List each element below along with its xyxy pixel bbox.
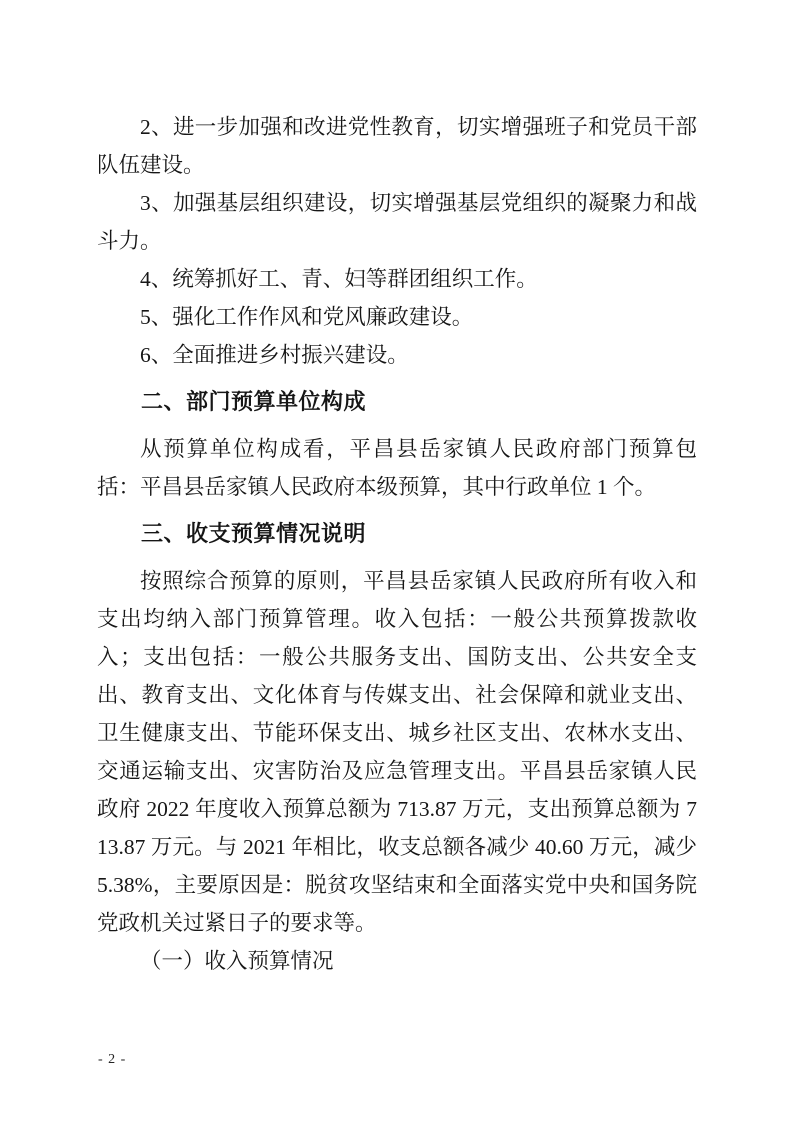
body-paragraph: 按照综合预算的原则，平昌县岳家镇人民政府所有收入和支出均纳入部门预算管理。收入包… <box>97 562 697 942</box>
document-body: 2、进一步加强和改进党性教育，切实增强班子和党员干部队伍建设。3、加强基层组织建… <box>97 108 697 980</box>
section-heading: 三、收支预算情况说明 <box>97 515 697 553</box>
body-paragraph: 3、加强基层组织建设，切实增强基层党组织的凝聚力和战斗力。 <box>97 184 697 260</box>
body-paragraph: 从预算单位构成看，平昌县岳家镇人民政府部门预算包括：平昌县岳家镇人民政府本级预算… <box>97 430 697 506</box>
body-paragraph: 4、统筹抓好工、青、妇等群团组织工作。 <box>97 260 697 298</box>
body-paragraph: 6、全面推进乡村振兴建设。 <box>97 336 697 374</box>
body-paragraph: 5、强化工作作风和党风廉政建设。 <box>97 298 697 336</box>
page-number: - 2 - <box>98 1051 126 1069</box>
sub-heading: （一）收入预算情况 <box>97 942 697 980</box>
section-heading: 二、部门预算单位构成 <box>97 383 697 421</box>
document-page: 2、进一步加强和改进党性教育，切实增强班子和党员干部队伍建设。3、加强基层组织建… <box>0 0 793 1121</box>
body-paragraph: 2、进一步加强和改进党性教育，切实增强班子和党员干部队伍建设。 <box>97 108 697 184</box>
